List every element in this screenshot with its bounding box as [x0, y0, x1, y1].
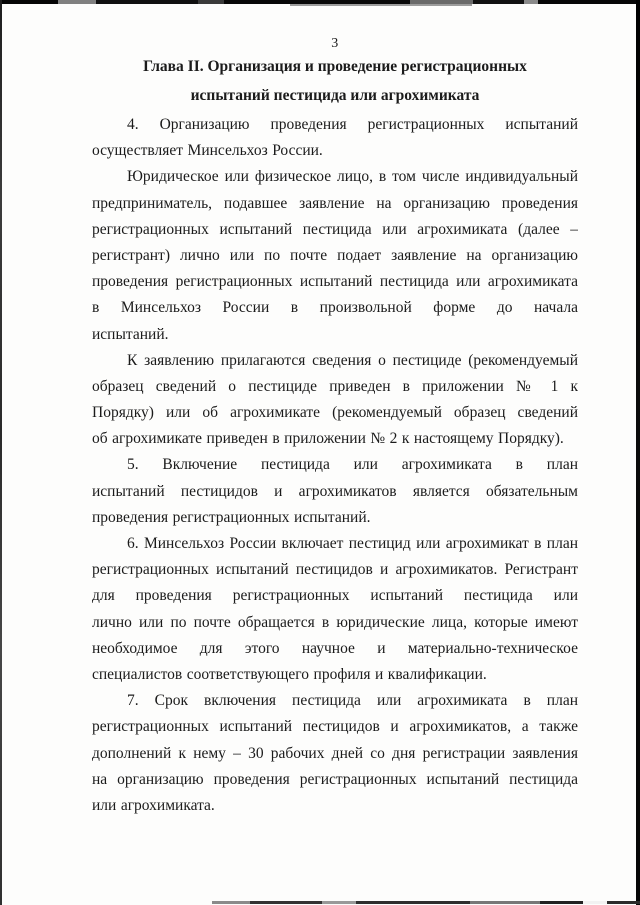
text-line: лично или по почте обращается в юридичес… [92, 610, 578, 636]
page-content: 3 Глава II. Организация и проведение рег… [92, 0, 578, 905]
paragraph: К заявлению прилагаются сведения о пести… [92, 348, 578, 453]
text-line: об агрохимикате приведен в приложении № … [92, 426, 578, 452]
paragraph: 4. Организацию проведения регистрационны… [92, 112, 578, 164]
text-line: специалистов соответствующего профиля и … [92, 662, 578, 688]
paragraph: 6. Минсельхоз России включает пестицид и… [92, 531, 578, 688]
text-line: для проведения регистрационных испытаний… [92, 583, 578, 609]
scan-artifact-right-edge [636, 0, 640, 905]
text-line: на организацию проведения регистрационны… [92, 767, 578, 793]
text-line: К заявлению прилагаются сведения о пести… [92, 348, 578, 374]
text-line: регистрант) лично или по почте подает за… [92, 243, 578, 269]
text-line: испытаний пестицидов и агрохимикатов явл… [92, 479, 578, 505]
chapter-heading-line-1: Глава II. Организация и проведение регис… [92, 52, 578, 81]
chapter-heading-line-2: испытаний пестицида или агрохимиката [92, 81, 578, 110]
paragraph: 5. Включение пестицида или агрохимиката … [92, 452, 578, 531]
text-line: Порядку) или об агрохимикате (рекомендуе… [92, 400, 578, 426]
paragraph: 7. Срок включения пестицида или агрохими… [92, 688, 578, 819]
text-line: 4. Организацию проведения регистрационны… [92, 112, 578, 138]
text-line: регистрационных испытаний пестицидов и а… [92, 557, 578, 583]
text-line: дополнений к нему – 30 рабочих дней со д… [92, 741, 578, 767]
text-line: или агрохимиката. [92, 793, 578, 819]
text-line: Юридическое или физическое лицо, в том ч… [92, 164, 578, 190]
text-line: необходимое для этого научное и материал… [92, 636, 578, 662]
text-line: в Минсельхоз России в произвольной форме… [92, 295, 578, 321]
scan-artifact-left-edge [0, 0, 2, 905]
page-number: 3 [92, 36, 578, 52]
text-line: регистрационных испытаний пестицида или … [92, 217, 578, 243]
scanned-document-page: 3 Глава II. Организация и проведение рег… [0, 0, 640, 905]
text-line: 7. Срок включения пестицида или агрохими… [92, 688, 578, 714]
text-line: проведения регистрационных испытаний. [92, 505, 578, 531]
text-line: осуществляет Минсельхоз России. [92, 138, 578, 164]
chapter-heading: Глава II. Организация и проведение регис… [92, 52, 578, 110]
paragraph: Юридическое или физическое лицо, в том ч… [92, 164, 578, 347]
text-line: испытаний. [92, 322, 578, 348]
text-line: предприниматель, подавшее заявление на о… [92, 191, 578, 217]
document-body: 4. Организацию проведения регистрационны… [92, 112, 578, 819]
text-line: проведения регистрационных испытаний пес… [92, 269, 578, 295]
text-line: регистрационных испытаний пестицидов и а… [92, 714, 578, 740]
text-line: 5. Включение пестицида или агрохимиката … [92, 452, 578, 478]
text-line: 6. Минсельхоз России включает пестицид и… [92, 531, 578, 557]
text-line: образец сведений о пестициде приведен в … [92, 374, 578, 400]
